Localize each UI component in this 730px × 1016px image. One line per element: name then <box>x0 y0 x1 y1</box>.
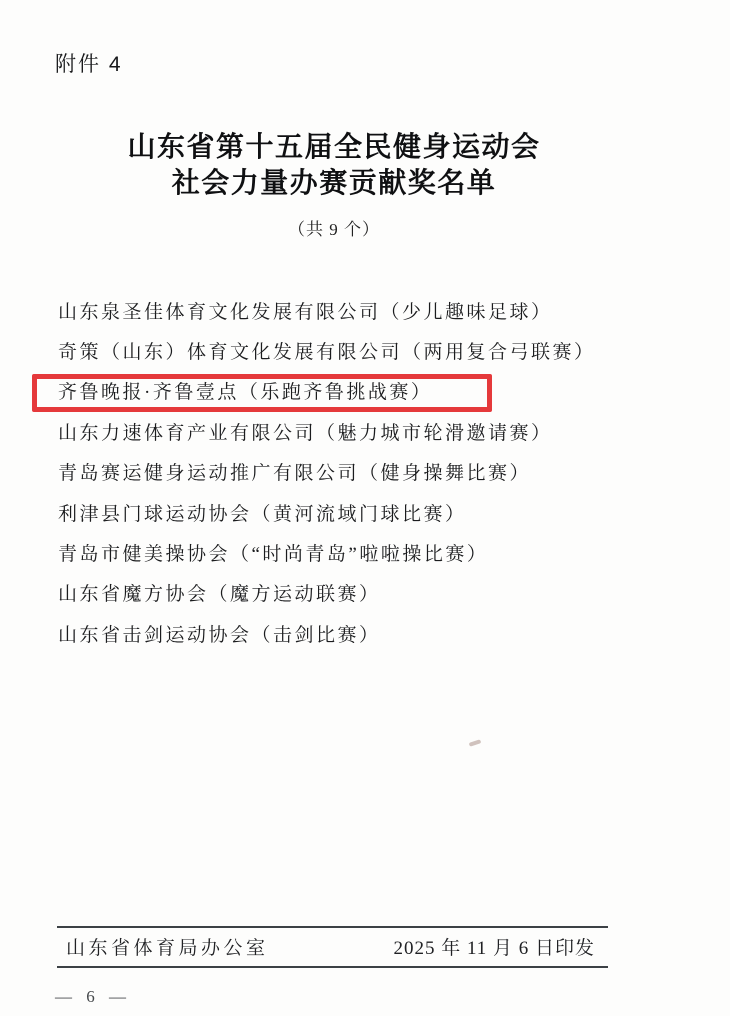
award-item-text: 青岛赛运健身运动推广有限公司（健身操舞比赛） <box>58 458 531 485</box>
award-list-item: 山东省击剑运动协会（击剑比赛） <box>58 613 658 653</box>
award-item-text: 青岛市健美操协会（“时尚青岛”啦啦操比赛） <box>58 539 488 566</box>
footer-rule-top <box>57 926 608 928</box>
award-item-text: 山东力速体育产业有限公司（魅力城市轮滑邀请赛） <box>58 418 553 445</box>
award-item-text: 山东省击剑运动协会（击剑比赛） <box>58 620 381 647</box>
award-list-item: 利津县门球运动协会（黄河流域门球比赛） <box>58 492 658 532</box>
attachment-label: 附件 4 <box>55 48 123 78</box>
award-item-text: 奇策（山东）体育文化发展有限公司（两用复合弓联赛） <box>58 337 596 364</box>
count-note: （共 9 个） <box>58 215 610 240</box>
award-list-item: 青岛赛运健身运动推广有限公司（健身操舞比赛） <box>58 452 658 492</box>
award-list-item: 山东泉圣佳体育文化发展有限公司（少儿趣味足球） <box>58 290 658 330</box>
footer-issuer: 山东省体育局办公室 <box>58 936 269 962</box>
award-list-item: 齐鲁晚报·齐鲁壹点（乐跑齐鲁挑战赛） <box>58 371 658 411</box>
page-number: — 6 — <box>55 987 131 1007</box>
scanned-document-page: 附件 4 山东省第十五届全民健身运动会 社会力量办赛贡献奖名单 （共 9 个） … <box>0 0 730 1016</box>
award-list-item: 奇策（山东）体育文化发展有限公司（两用复合弓联赛） <box>58 330 658 370</box>
title-block: 山东省第十五届全民健身运动会 社会力量办赛贡献奖名单 （共 9 个） <box>58 130 610 240</box>
footer-row: 山东省体育局办公室 2025 年 11 月 6 日印发 <box>58 936 608 962</box>
award-list: 山东泉圣佳体育文化发展有限公司（少儿趣味足球） 奇策（山东）体育文化发展有限公司… <box>58 290 658 654</box>
award-item-text: 齐鲁晚报·齐鲁壹点（乐跑齐鲁挑战赛） <box>58 377 432 404</box>
scan-speck <box>469 739 482 747</box>
award-item-text: 山东泉圣佳体育文化发展有限公司（少儿趣味足球） <box>58 297 553 324</box>
award-list-item: 山东省魔方协会（魔方运动联赛） <box>58 573 658 613</box>
award-item-text: 利津县门球运动协会（黄河流域门球比赛） <box>58 499 467 526</box>
award-list-item: 青岛市健美操协会（“时尚青岛”啦啦操比赛） <box>58 532 658 572</box>
footer-print-date: 2025 年 11 月 6 日印发 <box>393 936 608 962</box>
footer-rule-bottom <box>57 966 608 968</box>
award-list-item: 山东力速体育产业有限公司（魅力城市轮滑邀请赛） <box>58 411 658 451</box>
document-title-line1: 山东省第十五届全民健身运动会 <box>58 130 610 166</box>
award-item-text: 山东省魔方协会（魔方运动联赛） <box>58 579 381 606</box>
document-title-line2: 社会力量办赛贡献奖名单 <box>58 166 610 202</box>
